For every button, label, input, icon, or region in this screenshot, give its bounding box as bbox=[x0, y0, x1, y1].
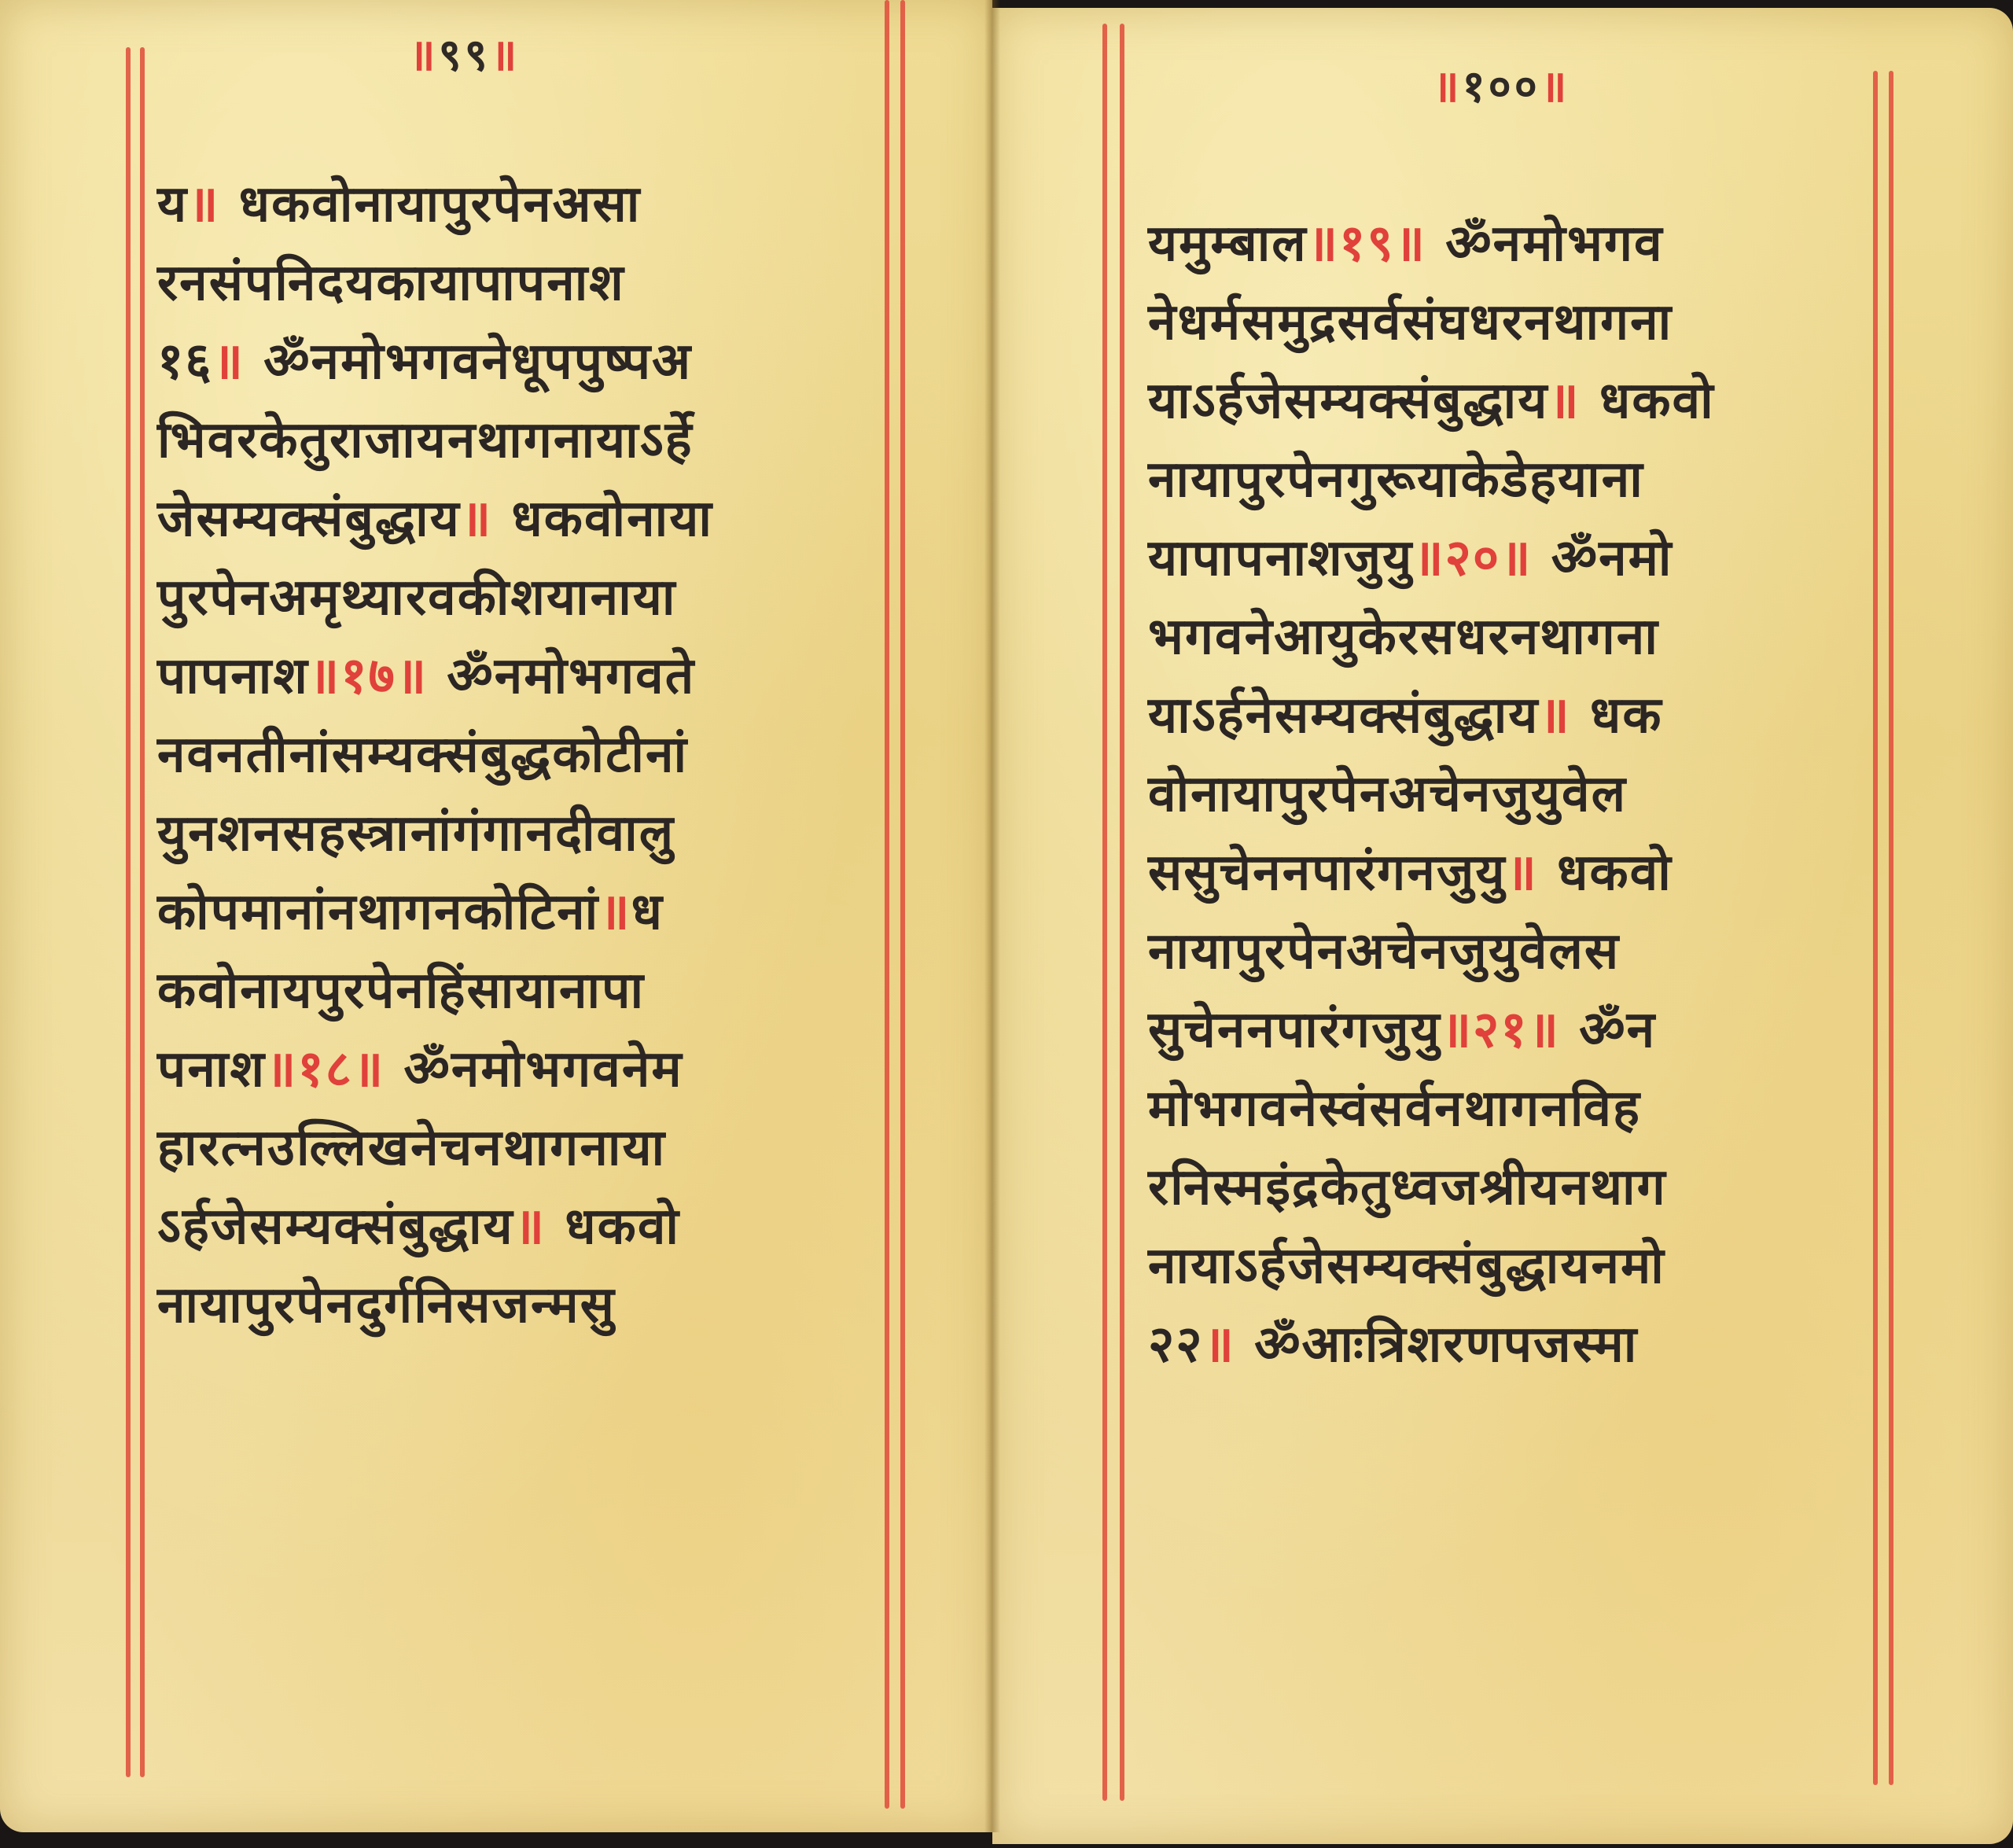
danda-mark: ॥२०॥ bbox=[1413, 529, 1532, 587]
danda-mark: ॥ bbox=[461, 490, 492, 548]
text-line: पनाश॥१८॥ ॐनमोभगवनेम bbox=[157, 1030, 873, 1109]
left-inner-margin-rule-1 bbox=[885, 0, 889, 1809]
text-line: ऽर्हजेसम्यक्संबुद्धाय॥ धकवो bbox=[157, 1187, 873, 1266]
folio-danda-close: ॥ bbox=[1540, 61, 1570, 112]
text-line: नेधर्मसमुद्रसर्वसंघधरनथागना bbox=[1148, 283, 1856, 362]
right-inner-margin-rule-1 bbox=[1102, 24, 1107, 1801]
danda-mark: ॥१७॥ bbox=[309, 647, 428, 705]
text-line: भिवरकेतुराजायनथागनायाऽर्हे bbox=[157, 401, 873, 480]
text-line: याऽर्हजेसम्यक्संबुद्धाय॥ धकवो bbox=[1148, 362, 1856, 440]
text-line: वोनायापुरपेनअचेनजुयुवेल bbox=[1148, 755, 1856, 834]
text-line: जेसम्यक्संबुद्धाय॥ धकवोनाया bbox=[157, 480, 873, 558]
right-inner-margin-rule-2 bbox=[1120, 24, 1124, 1801]
left-page: ॥९९॥ य॥ धकवोनायापुरपेनअसा रनसंपनिदयकायाप… bbox=[0, 0, 992, 1832]
book-gutter bbox=[984, 0, 1000, 1832]
right-outer-margin-rule-1 bbox=[1873, 71, 1878, 1785]
danda-mark: ॥२१॥ bbox=[1441, 1001, 1560, 1059]
left-outer-margin-rule-1 bbox=[126, 47, 131, 1777]
text-line: पुरपेनअमृथ्यारवकीशयानाया bbox=[157, 558, 873, 637]
folio-danda-close: ॥ bbox=[491, 30, 521, 81]
folio-danda-open: ॥ bbox=[1433, 61, 1463, 112]
right-page-text: यमुम्बाल॥१९॥ ॐनमोभगव नेधर्मसमुद्रसर्वसंघ… bbox=[1148, 204, 1856, 1384]
text-line: यापापनाशजुयु॥२०॥ ॐनमो bbox=[1148, 519, 1856, 598]
text-line: पापनाश॥१७॥ ॐनमोभगवते bbox=[157, 637, 873, 716]
left-folio-number: ॥९९॥ bbox=[409, 24, 520, 83]
text-line: रनसंपनिदयकायापापनाश bbox=[157, 244, 873, 322]
folio-danda-open: ॥ bbox=[409, 30, 439, 81]
danda-mark: ॥ bbox=[514, 1198, 546, 1256]
text-line: हारत्नउल्लिखनेचनथागनाया bbox=[157, 1109, 873, 1187]
left-outer-margin-rule-2 bbox=[140, 47, 145, 1777]
text-line: २२॥ ॐआःत्रिशरणपजस्मा bbox=[1148, 1305, 1856, 1384]
text-line: नायाऽर्हजेसम्यक्संबुद्धायनमो bbox=[1148, 1227, 1856, 1305]
text-line: सुचेननपारंगजुयु॥२१॥ ॐन bbox=[1148, 991, 1856, 1069]
right-folio-number: ॥१००॥ bbox=[1433, 55, 1570, 115]
danda-mark: ॥ bbox=[599, 883, 631, 941]
danda-mark: ॥ bbox=[1539, 687, 1570, 745]
text-line: कोपमानांनथागनकोटिनां॥ध bbox=[157, 873, 873, 952]
danda-mark: ॥ bbox=[1204, 1316, 1235, 1374]
text-line: १६॥ ॐनमोभगवनेधूपपुष्पअ bbox=[157, 322, 873, 401]
danda-mark: ॥ bbox=[213, 333, 245, 391]
folio-digits: १०० bbox=[1463, 61, 1540, 112]
left-page-text: य॥ धकवोनायापुरपेनअसा रनसंपनिदयकायापापनाश… bbox=[157, 165, 873, 1345]
folio-digits: ९९ bbox=[439, 30, 491, 81]
text-line: कवोनायपुरपेनहिंसायानापा bbox=[157, 952, 873, 1030]
text-line: नायापुरपेनअचेनजुयुवेलस bbox=[1148, 912, 1856, 991]
text-line: नायापुरपेनदुर्गनिसजन्मसु bbox=[157, 1266, 873, 1345]
text-line: युनशनसहस्त्रानांगंगानदीवालु bbox=[157, 794, 873, 873]
text-line: नवनतीनांसम्यक्संबुद्धकोटीनां bbox=[157, 716, 873, 794]
text-line: यमुम्बाल॥१९॥ ॐनमोभगव bbox=[1148, 204, 1856, 283]
right-outer-margin-rule-2 bbox=[1889, 71, 1893, 1785]
text-line: ससुचेननपारंगनजुयु॥ धकवो bbox=[1148, 834, 1856, 912]
danda-mark: ॥ bbox=[1506, 844, 1537, 902]
text-line: य॥ धकवोनायापुरपेनअसा bbox=[157, 165, 873, 244]
danda-mark: ॥ bbox=[1548, 372, 1580, 430]
text-line: याऽर्हनेसम्यक्संबुद्धाय॥ धक bbox=[1148, 676, 1856, 755]
text-line: भगवनेआयुकेरसधरनथागना bbox=[1148, 598, 1856, 676]
open-manuscript: ॥९९॥ य॥ धकवोनायापुरपेनअसा रनसंपनिदयकायाप… bbox=[0, 0, 2013, 1840]
text-line: रनिस्मइंद्रकेतुध्वजश्रीयनथाग bbox=[1148, 1148, 1856, 1227]
text-line: नायापुरपेनगुरूयाकेडेहयाना bbox=[1148, 440, 1856, 519]
danda-mark: ॥१८॥ bbox=[266, 1040, 385, 1099]
left-inner-margin-rule-2 bbox=[900, 0, 905, 1809]
danda-mark: ॥ bbox=[188, 175, 219, 234]
text-line: मोभगवनेस्वंसर्वनथागनविह bbox=[1148, 1069, 1856, 1148]
danda-mark: ॥१९॥ bbox=[1308, 215, 1426, 273]
